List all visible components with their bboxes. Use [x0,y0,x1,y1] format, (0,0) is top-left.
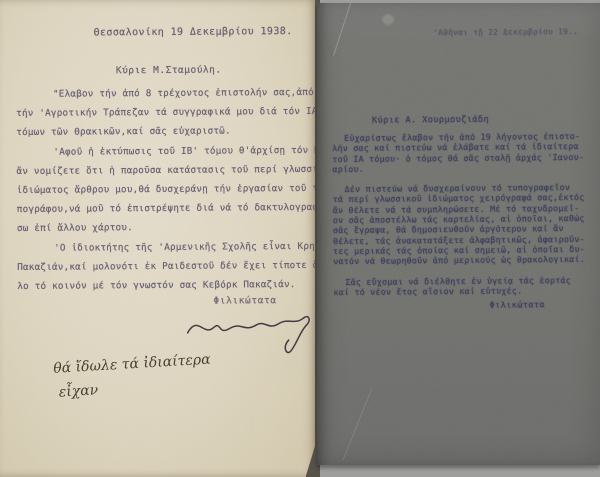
body-line: λο τό κοινόν μέ τόν γνωστόν σας Κεβόρκ Π… [17,275,315,296]
body-line: τήν 'Αγροτικήν Τράπεζαν τά συγγραφικά μο… [16,102,315,123]
handwritten-note: θά ἴδωλε τά ἰδιαίτερα εἶχαν [53,348,213,405]
body-line: ἄν νομίζετε ὅτι ἡ παροῦσα κατάστασις τοῦ… [16,160,315,181]
right-dateline: 'Αθῆναι τῇ 22 Δεκεμβρίου 19.. [433,27,578,37]
body-line: τόμων τῶν Θρακικῶν,καί σᾶς εὐχαριστῶ. [16,121,315,142]
paragraph: Εὐχαρίστως ἔλαβον τήν ἀπό 19 λήγοντος ἐπ… [332,131,594,174]
paragraph: Δέν πιστεύω νά δυσχεραίνουν τό τυπογραφε… [333,182,596,267]
body-line: ἰδιώματος ἄρθρου μου,θά δυσχεράνῃ τήν ἐρ… [17,179,315,200]
right-letter-page: 'Αθῆναι τῇ 22 Δεκεμβρίου 19.. Κύριε Α. Χ… [317,3,600,465]
left-dateline: Θεσσαλονίκη 19 Δεκεμβρίου 1938. [94,26,293,38]
body-line: καί τό νέον ἔτος αἴσιον καί εὐτυχές. [333,285,595,298]
body-line: 'Ο ἰδιοκτήτης τῆς 'Αρμενικῆς Σχολῆς εἶνα… [17,236,315,257]
left-letter-page: Θεσσαλονίκη 19 Δεκεμβρίου 1938. Κύριε Μ.… [0,0,315,477]
body-line: νατόν νά θεωρηθοῦν ἀπό μερικούς ὡς θρακο… [333,254,595,267]
left-letter-content: Θεσσαλονίκη 19 Δεκεμβρίου 1938. Κύριε Μ.… [0,0,315,477]
body-line: πογράφου,νά μοῦ τό ἐπιστρέψητε διά νά τό… [17,198,315,219]
left-salutation: Κύριε Μ.Σταμούλη. [116,65,222,77]
paragraph: Σᾶς εὔχομαι νά διέλθητε ἐν ὑγείᾳ τάς ἑορ… [333,274,595,297]
right-letter-body: Εὐχαρίστως ἔλαβον τήν ἀπό 19 λήγοντος ἐπ… [332,131,596,307]
right-closing: Φιλικώτατα [490,299,546,309]
right-letter-content: 'Αθῆναι τῇ 22 Δεκεμβρίου 19.. Κύριε Α. Χ… [317,3,600,465]
body-line: 'Αφοῦ ἡ ἐκτύπωσις τοῦ ΙΒ' τόμου θ'ἀρχίσῃ… [16,140,315,161]
body-line: τοῦ ΙΑ τόμου· ὁ τόμος θά σᾶς σταλῇ ἀρχάς… [332,151,594,164]
right-salutation: Κύριε Α. Χουρμουζιάδη [372,115,489,126]
body-line: "Ελαβον τήν ἀπό 8 τρέχοντος ἐπιστολήν σα… [16,83,315,104]
left-letter-body: "Ελαβον τήν ἀπό 8 τρέχοντος ἐπιστολήν σα… [16,83,315,296]
body-line: σω ἐπί ἄλλου χάρτου. [17,217,315,238]
body-line: Πακαζιάν,καί μολονότι ἐκ Ραιδεστοῦ δέν ἔ… [17,256,315,277]
